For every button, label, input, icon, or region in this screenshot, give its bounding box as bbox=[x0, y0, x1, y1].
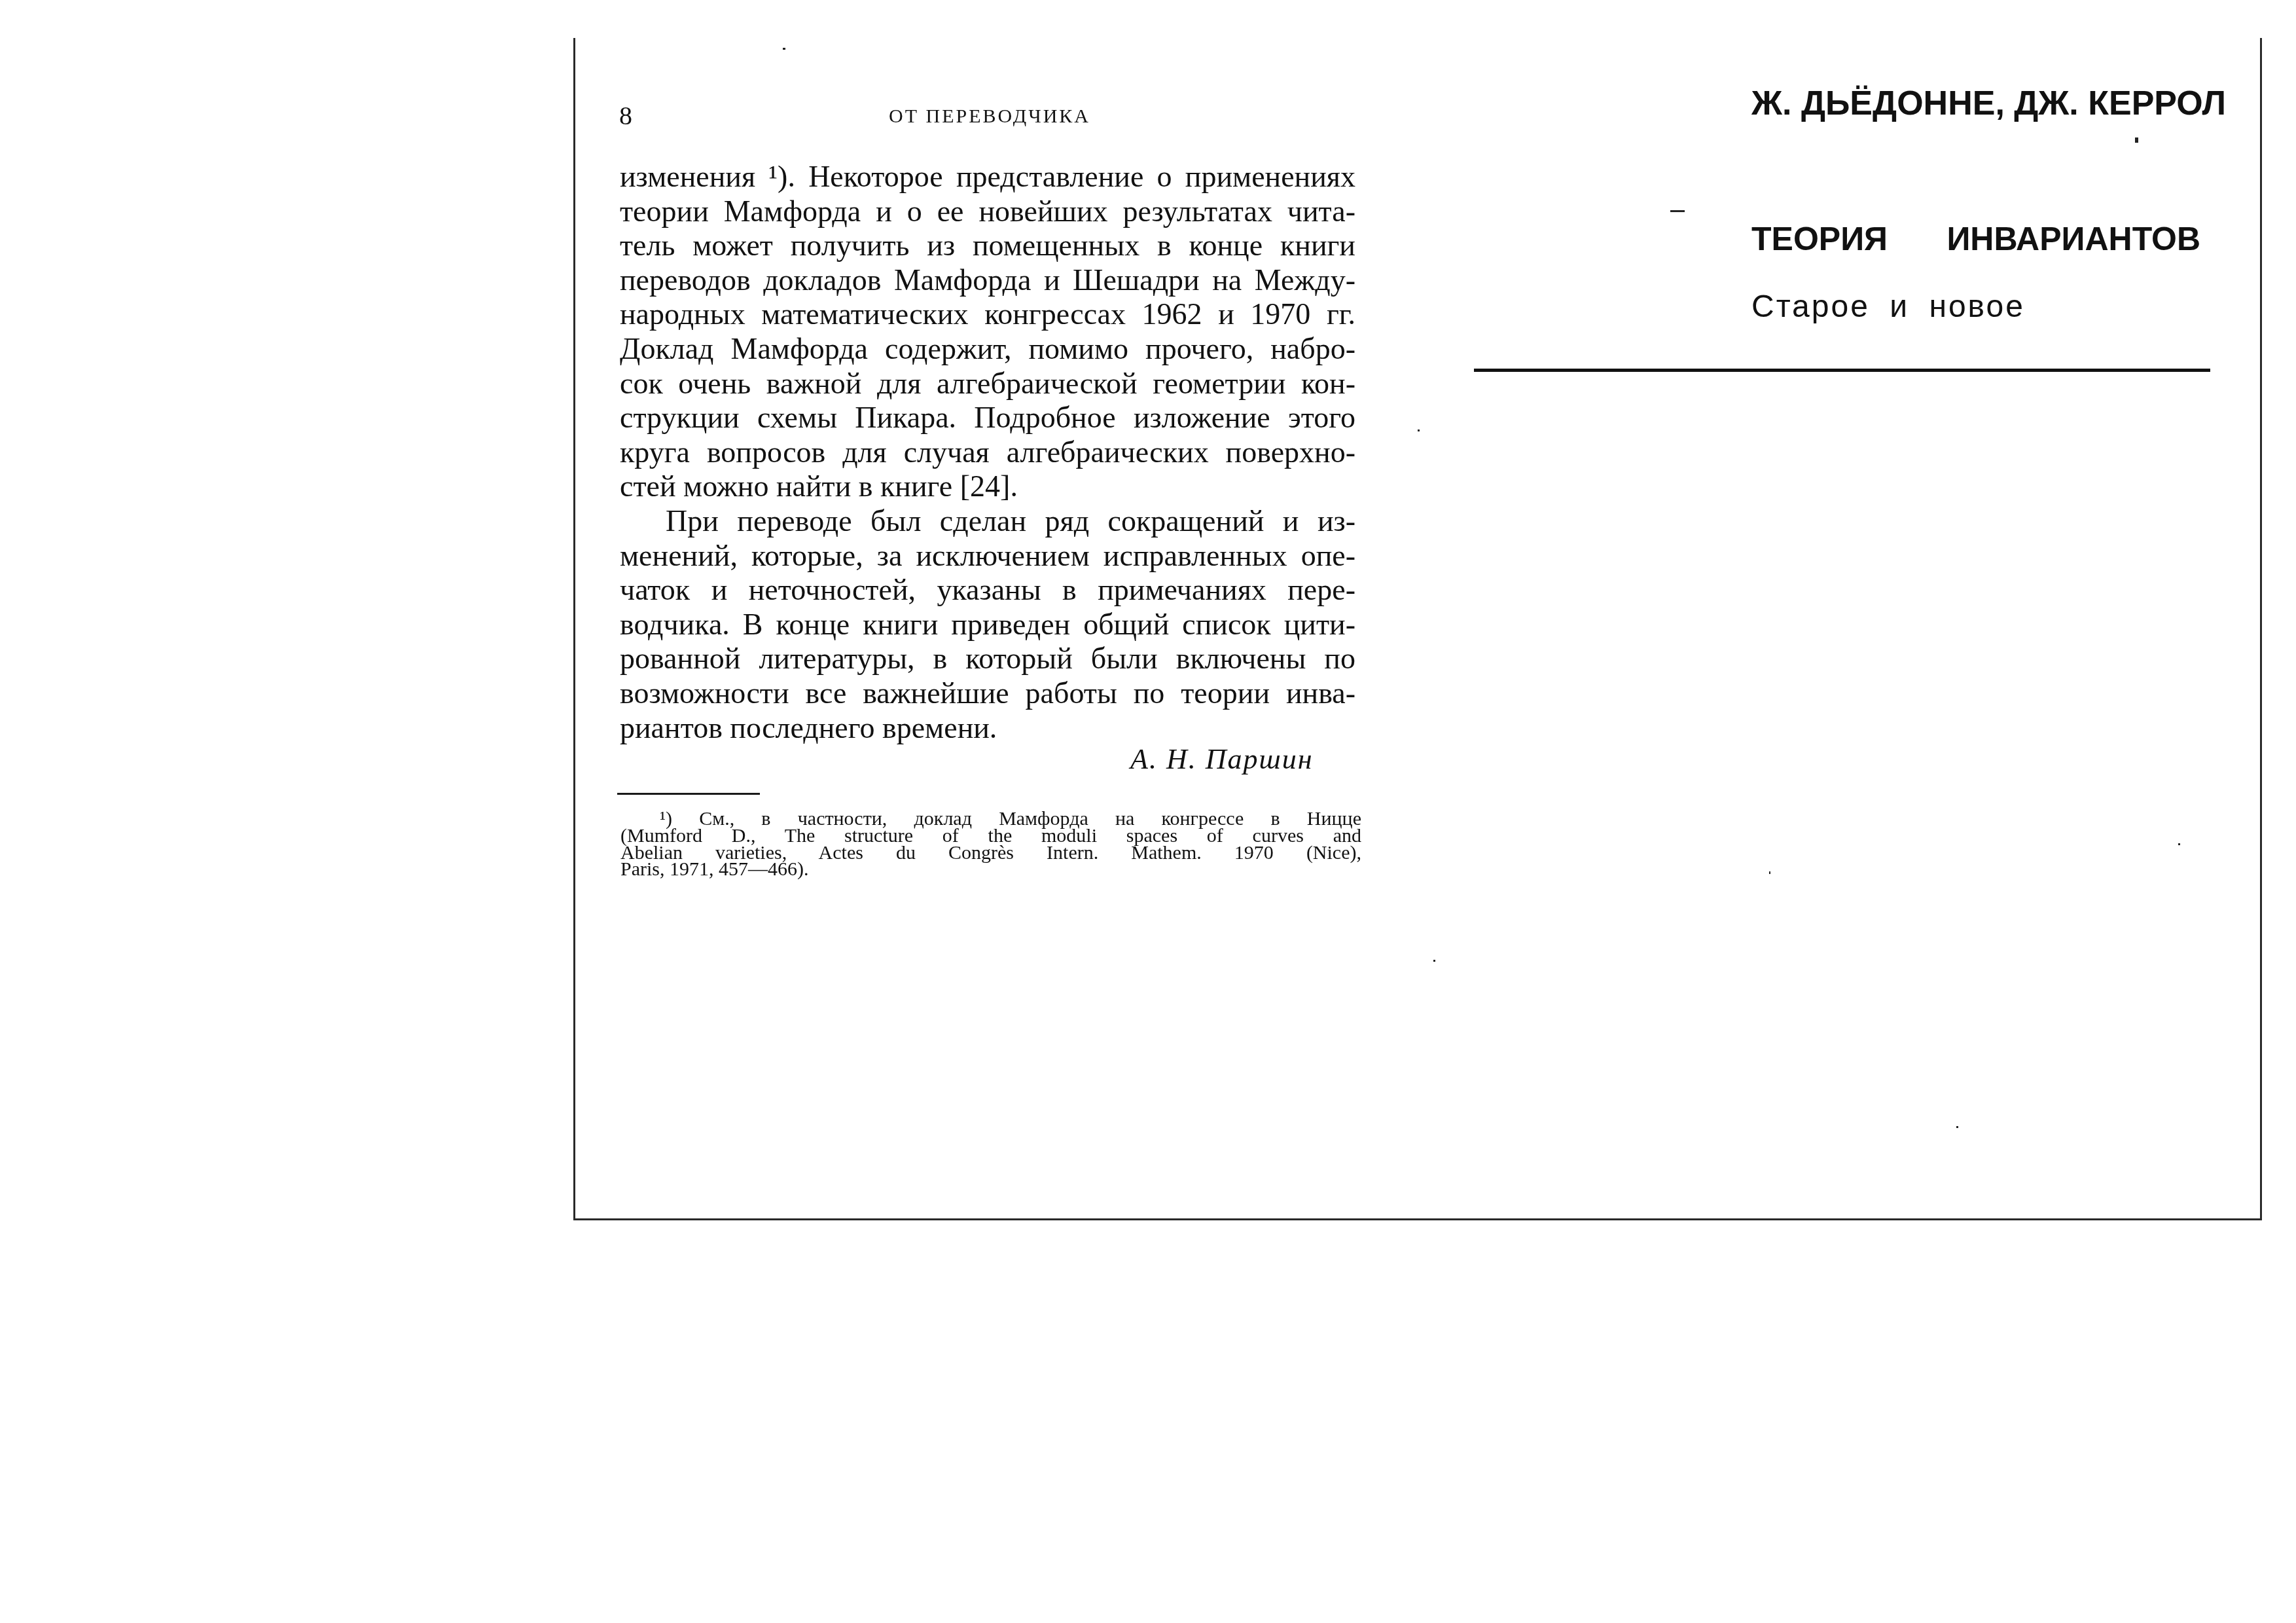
text-line: теории Мамфорда и о ее новейших результа… bbox=[620, 194, 1355, 229]
scan-speck bbox=[1433, 960, 1435, 962]
text-line: сок очень важной для алгебраической геом… bbox=[620, 367, 1355, 401]
text-line: переводов докладов Мамфорда и Шешадри на… bbox=[620, 263, 1355, 298]
scan-speck bbox=[1670, 210, 1685, 212]
page-frame-bottom-border bbox=[573, 1218, 2262, 1220]
footnote: ¹) См., в частности, доклад Мамфорда на … bbox=[620, 811, 1361, 878]
page-frame-left-border bbox=[573, 38, 575, 1220]
text-line: изменения ¹). Некоторое представление о … bbox=[620, 160, 1355, 194]
scan-speck bbox=[1418, 429, 1420, 431]
book-authors: Ж. ДЬЁДОННЕ, ДЖ. КЕРРОЛ bbox=[1751, 84, 2199, 123]
text-line: менений, которые, за исключением исправл… bbox=[620, 539, 1355, 574]
running-head: ОТ ПЕРЕВОДЧИКА bbox=[889, 105, 1090, 128]
book-subtitle: Старое и новое bbox=[1751, 288, 2025, 326]
translator-signature: А. Н. Паршин bbox=[1130, 742, 1313, 776]
body-text: изменения ¹). Некоторое представление о … bbox=[620, 160, 1355, 745]
text-line: риантов последнего времени. bbox=[620, 711, 1355, 746]
text-line: Доклад Мамфорда содержит, помимо прочего… bbox=[620, 332, 1355, 367]
footnote-separator bbox=[617, 793, 760, 795]
book-title: ТЕОРИЯ ИНВАРИАНТОВ bbox=[1751, 220, 2200, 258]
text-line: струкции схемы Пикара. Подробное изложен… bbox=[620, 401, 1355, 435]
page-number: 8 bbox=[619, 100, 632, 132]
scan-speck bbox=[1769, 871, 1770, 874]
text-line: водчика. В конце книги приведен общий сп… bbox=[620, 608, 1355, 642]
title-underline-rule bbox=[1474, 369, 2210, 372]
scan-speck bbox=[1956, 1126, 1958, 1128]
scan-speck bbox=[2178, 843, 2180, 845]
text-line: рованной литературы, в который были вклю… bbox=[620, 642, 1355, 676]
paragraph-2: При переводе был сделан ряд сокращений и… bbox=[620, 504, 1355, 745]
text-line: При переводе был сделан ряд сокращений и… bbox=[620, 504, 1355, 539]
scan-speck bbox=[783, 48, 785, 50]
text-line: круга вопросов для случая алгебраических… bbox=[620, 435, 1355, 470]
footnote-line: Paris, 1971, 457—466). bbox=[620, 861, 1361, 878]
text-line: чаток и неточностей, указаны в примечани… bbox=[620, 573, 1355, 608]
paragraph-1: изменения ¹). Некоторое представление о … bbox=[620, 160, 1355, 504]
text-line: народных математических конгрессах 1962 … bbox=[620, 297, 1355, 332]
page-frame-right-border bbox=[2260, 38, 2262, 1220]
text-line: возможности все важнейшие работы по теор… bbox=[620, 676, 1355, 711]
scan-speck bbox=[2135, 137, 2138, 143]
text-line: тель может получить из помещенных в конц… bbox=[620, 228, 1355, 263]
text-line: стей можно найти в книге [24]. bbox=[620, 469, 1355, 504]
